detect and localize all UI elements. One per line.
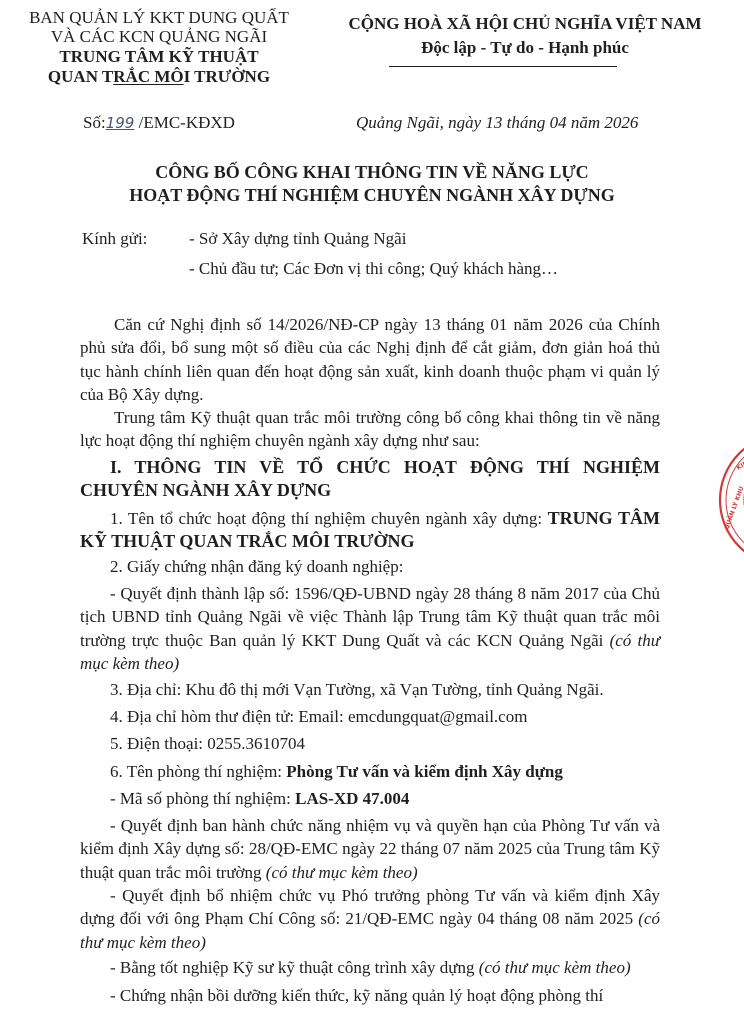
paragraph-text: Trung tâm Kỹ thuật quan trắc môi trường …	[80, 408, 660, 450]
official-seal-stamp-icon: QUẢN LÝ KHU KINH TẾ	[708, 430, 744, 570]
certificate-item: - Chứng nhận bồi dưỡng kiến thức, kỹ năn…	[80, 984, 660, 1007]
agency-name-part: I TRƯỜNG	[184, 67, 270, 86]
item-label: 1. Tên tổ chức hoạt động thí nghiệm chuy…	[110, 509, 548, 528]
lab-code: - Mã số phòng thí nghiệm: LAS-XD 47.004	[80, 787, 660, 810]
paragraph-intro: Trung tâm Kỹ thuật quan trắc môi trường …	[80, 406, 660, 453]
decision-appointment: - Quyết định bổ nhiệm chức vụ Phó trưởng…	[80, 884, 660, 954]
paragraph-legal-basis: Căn cứ Nghị định số 14/2026/NĐ-CP ngày 1…	[80, 313, 660, 406]
item-label: - Mã số phòng thí nghiệm:	[110, 789, 295, 808]
item-3-address: 3. Địa chỉ: Khu đô thị mới Vạn Tường, xã…	[80, 678, 660, 701]
item-6-lab-name: 6. Tên phòng thí nghiệm: Phòng Tư vấn và…	[80, 760, 660, 783]
section-1-heading: I. THÔNG TIN VỀ TỔ CHỨC HOẠT ĐỘNG THÍ NG…	[80, 456, 660, 503]
lab-name-value: Phòng Tư vấn và kiểm định Xây dựng	[286, 762, 563, 781]
item-1-organization-name: 1. Tên tổ chức hoạt động thí nghiệm chuy…	[80, 507, 660, 554]
doc-number-handwritten: 199	[106, 114, 135, 132]
degree-item: - Bằng tốt nghiệp Kỹ sư kỹ thuật công tr…	[80, 956, 660, 979]
item-text: 2. Giấy chứng nhận đăng ký doanh nghiệp:	[110, 557, 403, 576]
recipient-item: - Sở Xây dựng tỉnh Quảng Ngãi	[189, 229, 406, 249]
decision-function-duties: - Quyết định ban hành chức năng nhiệm vụ…	[80, 814, 660, 884]
recipient-item: - Chủ đầu tư; Các Đơn vị thi công; Quý k…	[189, 259, 558, 279]
doc-number-suffix: /EMC-KĐXD	[134, 113, 235, 132]
svg-text:QUẢN LÝ KHU: QUẢN LÝ KHU	[722, 485, 744, 531]
heading-text: I. THÔNG TIN VỀ TỔ CHỨC HOẠT ĐỘNG THÍ NG…	[80, 457, 660, 500]
item-text: 3. Địa chỉ: Khu đô thị mới Vạn Tường, xã…	[110, 680, 604, 699]
item-2-establishment-decision: - Quyết định thành lập số: 1596/QĐ-UBND …	[80, 582, 660, 675]
item-4-email: 4. Địa chỉ hòm thư điện tử: Email: emcdu…	[80, 705, 660, 728]
item-text: - Quyết định bổ nhiệm chức vụ Phó trưởng…	[80, 886, 660, 928]
attached-note: (có thư mục kèm theo)	[266, 863, 418, 882]
recipients-label: Kính gửi:	[82, 229, 147, 249]
agency-name-part: QUAN T	[48, 67, 113, 86]
parent-agency-line2: VÀ CÁC KCN QUẢNG NGÃI	[0, 27, 318, 47]
item-2-business-registration: 2. Giấy chứng nhận đăng ký doanh nghiệp:	[80, 555, 660, 578]
item-text: - Chứng nhận bồi dưỡng kiến thức, kỹ năn…	[110, 986, 603, 1005]
item-text: - Bằng tốt nghiệp Kỹ sư kỹ thuật công tr…	[110, 958, 479, 977]
document-number: Số:199 /EMC-KĐXD	[0, 113, 318, 133]
national-motto: Độc lập - Tự do - Hạnh phúc	[330, 38, 720, 58]
item-label: 6. Tên phòng thí nghiệm:	[110, 762, 286, 781]
agency-name-line2: QUAN TRẮC MÔI TRƯỜNG	[0, 67, 318, 87]
item-text: - Quyết định thành lập số: 1596/QĐ-UBND …	[80, 584, 660, 650]
doc-number-prefix: Số:	[83, 113, 106, 132]
document-title-line1: CÔNG BỐ CÔNG KHAI THÔNG TIN VỀ NĂNG LỰC	[0, 162, 744, 183]
agency-name-line1: TRUNG TÂM KỸ THUẬT	[0, 47, 318, 67]
agency-name-underlined: RẮC MÔ	[113, 67, 183, 86]
parent-agency-line1: BAN QUẢN LÝ KKT DUNG QUẤT	[0, 8, 318, 28]
place-date: Quảng Ngãi, ngày 13 tháng 04 năm 2026	[356, 113, 638, 133]
document-title-line2: HOẠT ĐỘNG THÍ NGHIỆM CHUYÊN NGÀNH XÂY DỰ…	[0, 185, 744, 206]
item-text: 5. Điện thoại: 0255.3610704	[110, 734, 305, 753]
item-5-phone: 5. Điện thoại: 0255.3610704	[80, 732, 660, 755]
national-title: CỘNG HOÀ XÃ HỘI CHỦ NGHĨA VIỆT NAM	[330, 14, 720, 34]
paragraph-text: Căn cứ Nghị định số 14/2026/NĐ-CP ngày 1…	[80, 315, 660, 404]
item-text: 4. Địa chỉ hòm thư điện tử: Email: emcdu…	[110, 707, 527, 726]
attached-note: (có thư mục kèm theo)	[479, 958, 631, 977]
issuing-agency-block: BAN QUẢN LÝ KKT DUNG QUẤT VÀ CÁC KCN QUẢ…	[0, 0, 318, 100]
motto-underline	[389, 66, 617, 67]
lab-code-value: LAS-XD 47.004	[295, 789, 409, 808]
